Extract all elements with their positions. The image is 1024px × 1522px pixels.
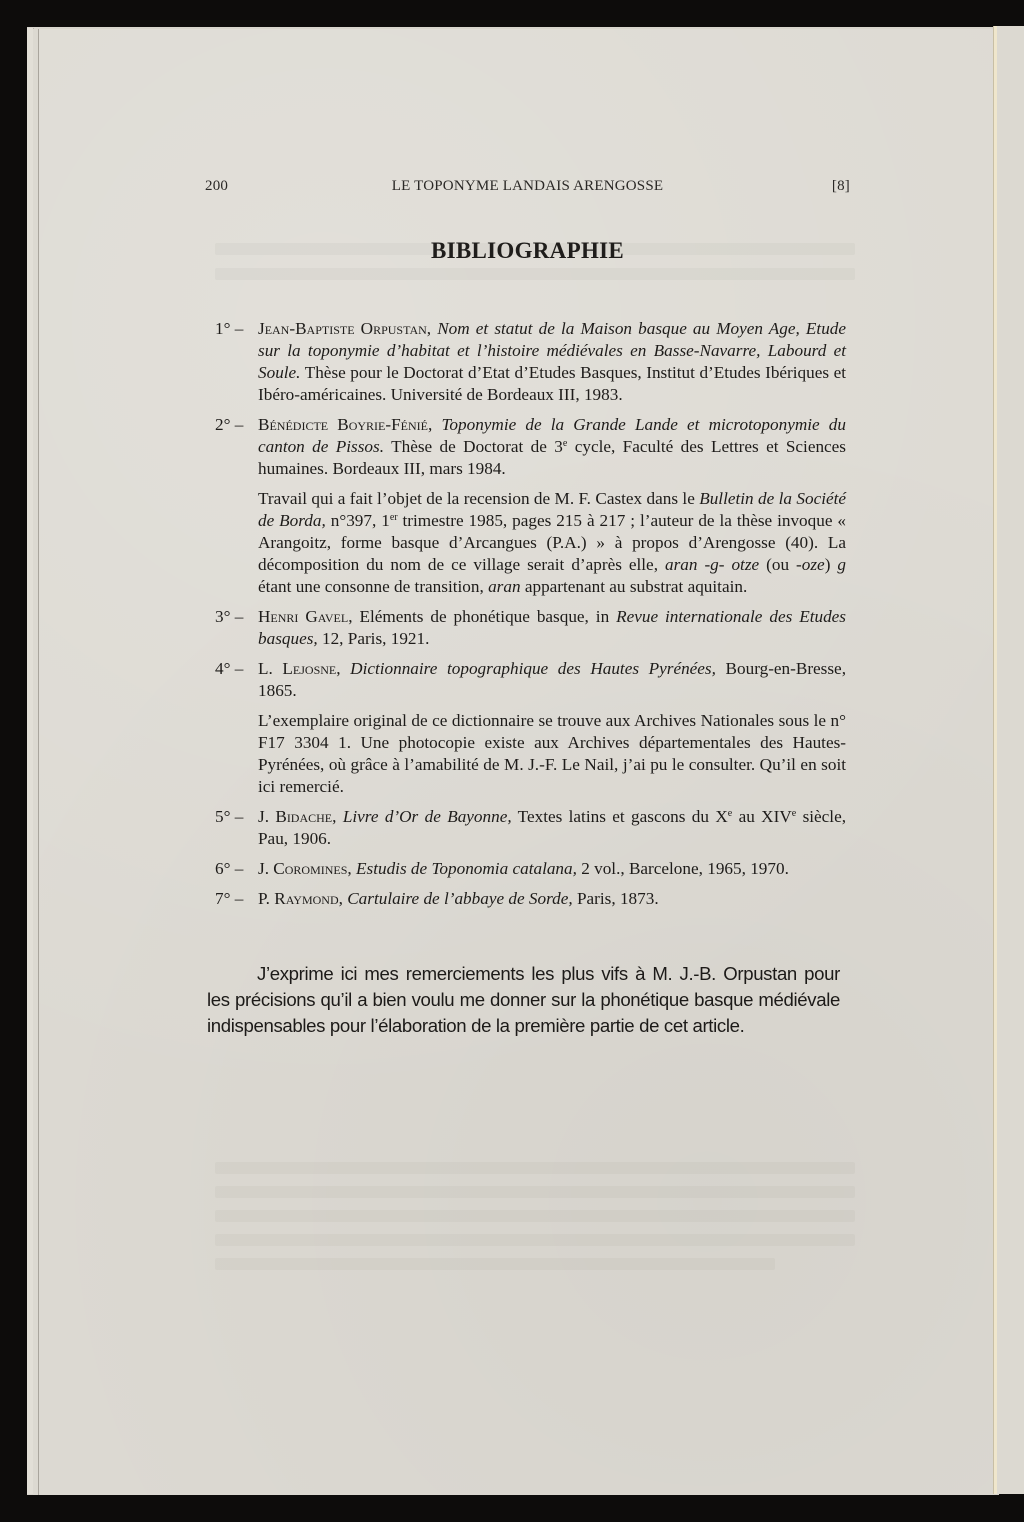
entry-details: au XIV [732,807,792,826]
running-header: 200 LE TOPONYME LANDAIS ARENGOSSE [8] [205,178,850,200]
superscript: er [390,512,398,523]
separator: , [428,415,441,434]
show-through-texture [215,1210,855,1222]
entry-details: Eléments de phonétique basque, in [353,607,617,626]
section-marker: [8] [832,178,850,195]
bibliography-entry-5: 5° – J. Bidache, Livre d’Or de Bayonne, … [205,806,846,850]
entry-number: 4° – [215,658,259,680]
separator: , [427,319,437,338]
note-text: appartenant au substrat aquitain. [521,577,748,596]
bibliography-entry-4: 4° – L. Lejosne, Dictionnaire topographi… [205,658,846,798]
entry-author: Jean-Baptiste Orpustan [258,319,427,338]
entry-number: 3° – [215,606,259,628]
facing-page-edge [997,26,1024,1494]
entry-author: J. Coromines, [258,859,352,878]
note-form: -oze [796,555,825,574]
note-text: (ou [759,555,796,574]
entry-details: 12, Paris, 1921. [318,629,430,648]
entry-author: Henri Gavel, [258,607,353,626]
note-form: aran [488,577,520,596]
entry-author: Bénédicte Boyrie-Fénié [258,415,428,434]
acknowledgement-paragraph: J’exprime ici mes remerciements les plus… [207,961,840,1039]
bibliography-entry-6: 6° – J. Coromines, Estudis de Toponomia … [205,858,846,880]
entry-details: Paris, 1873. [573,889,659,908]
entry-note: L’exemplaire original de ce dictionnaire… [258,710,846,798]
running-title: LE TOPONYME LANDAIS ARENGOSSE [205,178,850,195]
section-title: BIBLIOGRAPHIE [205,238,850,264]
entry-author: L. Lejosne, [258,659,341,678]
note-form: aran -g- otze [665,555,759,574]
bibliography-entry-7: 7° – P. Raymond, Cartulaire de l’abbaye … [205,888,846,910]
entry-number: 6° – [215,858,259,880]
note-text: ) [825,555,838,574]
entry-details: Thèse pour le Doctorat d’Etat d’Etudes B… [258,363,846,404]
show-through-texture [215,1162,855,1174]
entry-title: Estudis de Toponomia catalana, [352,859,577,878]
note-text: Travail qui a fait l’objet de la recensi… [258,489,699,508]
entry-title: Cartulaire de l’abbaye de Sorde, [343,889,573,908]
entry-author: J. Bidache, [258,807,336,826]
bibliography-entry-1: 1° – Jean-Baptiste Orpustan, Nom et stat… [205,318,846,406]
entry-number: 7° – [215,888,259,910]
show-through-texture [215,268,855,280]
entry-number: 1° – [215,318,259,340]
bibliography-entry-3: 3° – Henri Gavel, Eléments de phonétique… [205,606,846,650]
show-through-texture [215,1234,855,1246]
entry-title: Dictionnaire topographique des Hautes Py… [341,659,716,678]
entry-number: 2° – [215,414,259,436]
entry-title: Livre d’Or de Bayonne, [336,807,511,826]
entry-number: 5° – [215,806,259,828]
bibliography-list: 1° – Jean-Baptiste Orpustan, Nom et stat… [205,318,846,918]
note-form: g [837,555,846,574]
note-text: n°397, 1 [326,511,390,530]
show-through-texture [215,1258,775,1270]
note-text: étant une consonne de transition, [258,577,488,596]
entry-details: Textes latins et gascons du X [512,807,728,826]
entry-note: Travail qui a fait l’objet de la recensi… [258,488,846,598]
bibliography-entry-2: 2° – Bénédicte Boyrie-Fénié, Toponymie d… [205,414,846,598]
show-through-texture [215,1186,855,1198]
entry-details: 2 vol., Barcelone, 1965, 1970. [577,859,789,878]
entry-details: Thèse de Doctorat de 3 [391,437,563,456]
entry-author: P. Raymond, [258,889,343,908]
